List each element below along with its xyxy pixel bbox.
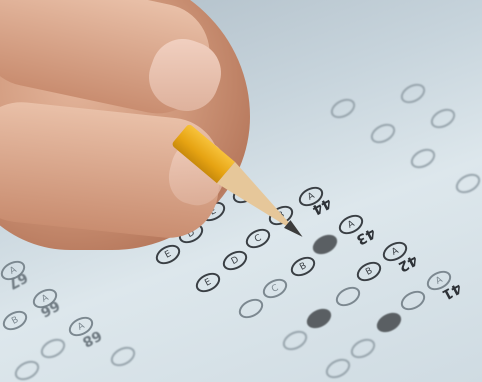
bubble: B xyxy=(288,253,319,280)
bubble xyxy=(348,335,379,362)
bubble: C xyxy=(260,275,291,302)
bubble xyxy=(453,170,482,197)
bubble xyxy=(398,287,429,314)
bubble: B xyxy=(354,258,385,285)
bubble xyxy=(323,355,354,382)
bubble xyxy=(108,343,139,370)
bubble: C xyxy=(243,225,274,252)
bubble xyxy=(328,95,359,122)
bubble xyxy=(280,327,311,354)
photo-scene: E D B A 44 E D C A 43 E D B B A 42 C A 4… xyxy=(0,0,482,382)
bubble xyxy=(38,335,69,362)
bubble xyxy=(333,283,364,310)
filled-bubble xyxy=(304,305,335,332)
bubble xyxy=(368,120,399,147)
bubble xyxy=(236,295,267,322)
bubble: E xyxy=(193,269,224,296)
bubble xyxy=(398,80,429,107)
bubble: E xyxy=(153,241,184,268)
bubble xyxy=(428,105,459,132)
bubble: B xyxy=(0,307,30,334)
bubble xyxy=(12,357,43,382)
bubble: D xyxy=(220,247,251,274)
bubble xyxy=(408,145,439,172)
filled-bubble xyxy=(374,309,405,336)
